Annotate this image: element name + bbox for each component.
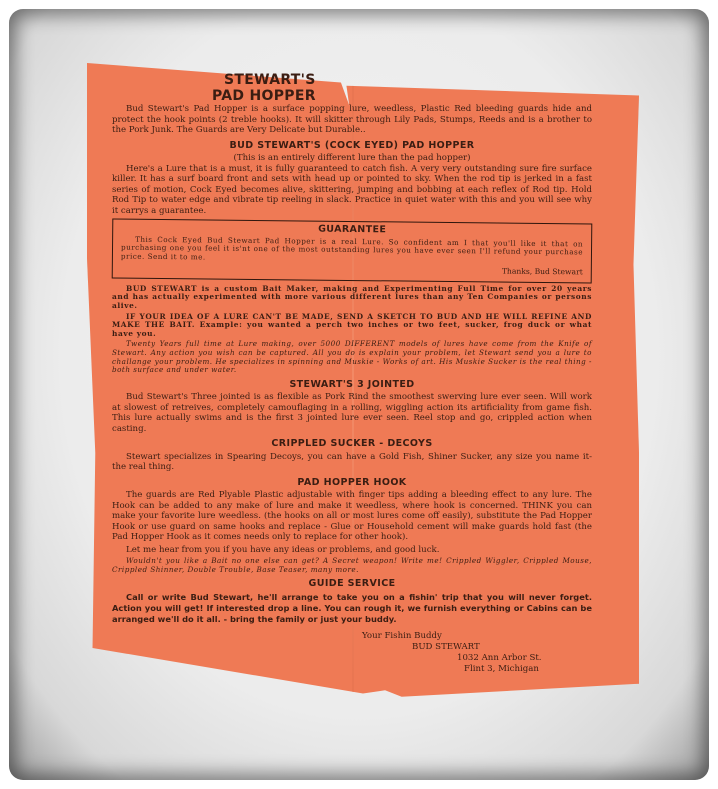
cockeyed-paragraph: Here's a Lure that is a must, it is full… (112, 164, 592, 217)
signature-block: Your Fishin Buddy BUD STEWART 1032 Ann A… (112, 631, 592, 675)
title-line-2: PAD HOPPER (212, 88, 592, 104)
hook-paragraph: The guards are Red Plyable Plastic adjus… (112, 490, 592, 543)
jointed-paragraph: Bud Stewart's Three jointed is as flexib… (112, 392, 592, 434)
guarantee-paragraph: This Cock Eyed Bud Stewart Pad Hopper is… (121, 235, 583, 266)
jointed-heading: STEWART'S 3 JOINTED (112, 380, 592, 391)
signoff: Your Fishin Buddy (362, 631, 592, 642)
bait-maker-paragraph: BUD STEWART is a custom Bait Maker, maki… (112, 285, 592, 311)
cockeyed-heading: BUD STEWART'S (COCK EYED) PAD HOPPER (112, 141, 592, 152)
guide-paragraph: Call or write Bud Stewart, he'll arrange… (112, 592, 592, 625)
idea-paragraph: IF YOUR IDEA OF A LURE CAN'T BE MADE, SE… (112, 313, 592, 339)
guarantee-thanks: Thanks, Bud Stewart (121, 263, 583, 278)
cockeyed-subtitle: (This is an entirely different lure than… (112, 153, 592, 164)
flyer-text: STEWART'S PAD HOPPER Bud Stewart's Pad H… (112, 72, 592, 675)
address-line-1: 1032 Ann Arbor St. (457, 653, 592, 664)
intro-paragraph: Bud Stewart's Pad Hopper is a surface po… (112, 104, 592, 136)
secret-paragraph: Wouldn't you like a Bait no one else can… (112, 557, 592, 574)
decoys-heading: CRIPPLED SUCKER - DECOYS (112, 439, 592, 450)
photo-frame: STEWART'S PAD HOPPER Bud Stewart's Pad H… (0, 0, 718, 789)
flyer-title: STEWART'S PAD HOPPER (212, 72, 592, 104)
hook-closing: Let me hear from you if you have any ide… (112, 545, 592, 556)
hook-heading: PAD HOPPER HOOK (112, 478, 592, 489)
author-name: BUD STEWART (412, 642, 592, 653)
address-line-2: Flint 3, Michigan (464, 664, 592, 675)
guarantee-box: GUARANTEE This Cock Eyed Bud Stewart Pad… (112, 218, 593, 283)
title-line-1: STEWART'S (224, 72, 592, 88)
guide-heading: GUIDE SERVICE (112, 579, 592, 590)
twenty-years-paragraph: Twenty Years full time at Lure making, o… (112, 340, 592, 374)
guide-section: GUIDE SERVICE Call or write Bud Stewart,… (112, 579, 592, 625)
decoys-paragraph: Stewart specializes in Spearing Decoys, … (112, 452, 592, 473)
